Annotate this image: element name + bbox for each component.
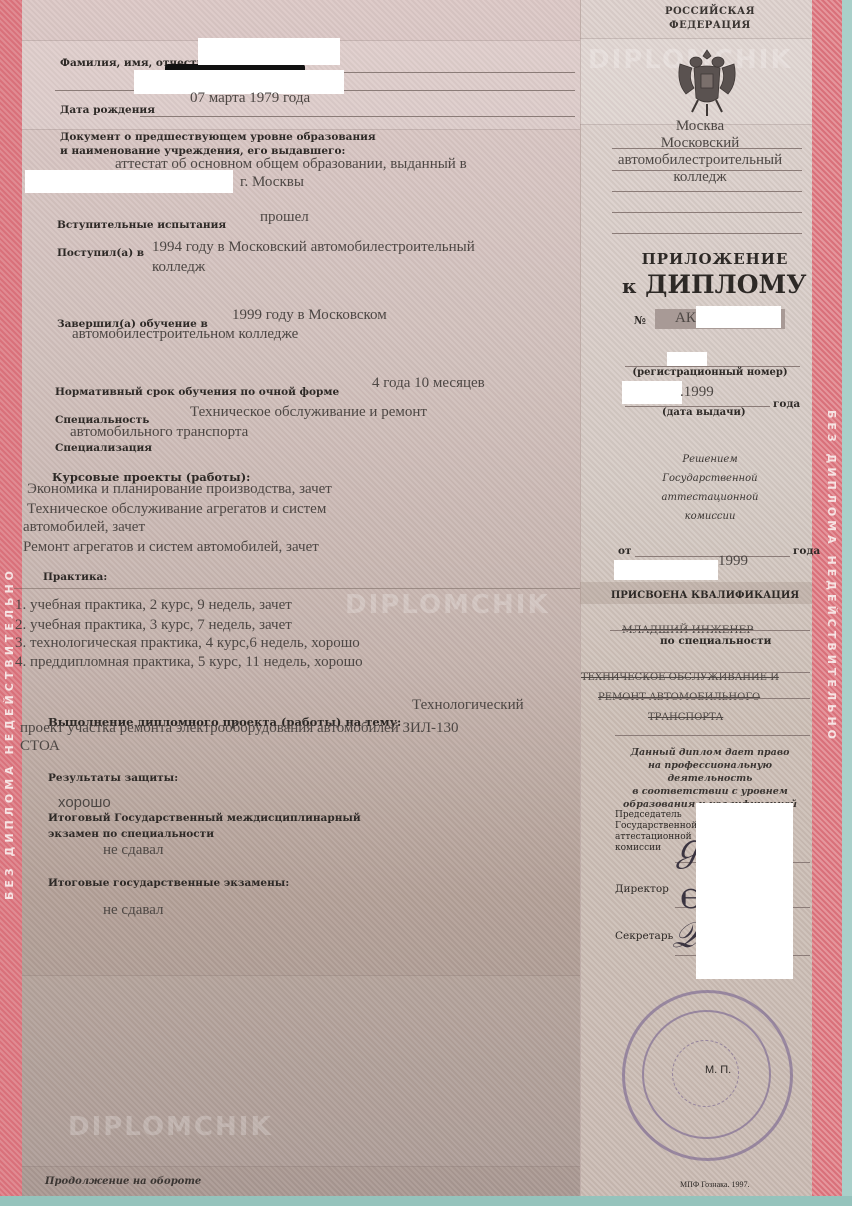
number-value: АК (675, 310, 696, 327)
country-name: РОССИЙСКАЯ ФЕДЕРАЦИЯ (660, 5, 760, 33)
footer-note: Продолжение на обороте (45, 1174, 201, 1190)
practice-item: 4. преддипломная практика, 5 курс, 11 не… (15, 654, 363, 671)
decision-date-suffix: года (793, 545, 820, 557)
background-edge (842, 0, 852, 1206)
right-stripe-text: БЕЗ ДИПЛОМА НЕДЕЙСТВИТЕЛЬНО (825, 410, 838, 743)
enrolled-value-2: колледж (152, 259, 205, 276)
study-term-label: Нормативный срок обучения по очной форме (55, 386, 339, 398)
redacted-block (198, 38, 340, 65)
redacted-block (667, 352, 707, 366)
secretary-signature: 𝒬 (672, 915, 698, 957)
entrance-exams-value: прошел (260, 209, 309, 226)
redacted-block (696, 306, 781, 328)
finished-value-2: автомобилестроительном колледже (72, 326, 298, 343)
watermark: DIPLOMCHIK (68, 1112, 273, 1142)
coat-of-arms-icon (672, 42, 742, 118)
director-label: Директор (615, 883, 669, 895)
redacted-signatures (696, 803, 793, 979)
birth-date-value: 07 марта 1979 года (190, 90, 310, 107)
number-label: № (634, 314, 646, 327)
defense-results-label: Результаты защиты: (48, 772, 178, 784)
diploma-project-value: Технологический (412, 697, 524, 714)
specialty-value: Техническое обслуживание и ремонт (190, 404, 427, 421)
issue-date-caption: (дата выдачи) (662, 407, 746, 418)
interdisciplinary-exam-label-2: экзамен по специальности (48, 828, 214, 840)
decision-date-value: 1999 (718, 553, 748, 570)
diploma-supplement: БЕЗ ДИПЛОМА НЕДЕЙСТВИТЕЛЬНО БЕЗ ДИПЛОМА … (0, 0, 852, 1196)
prev-doc-label: Документ о предшествующем уровне образов… (60, 131, 376, 143)
specialty-value-2: автомобильного транспорта (70, 424, 248, 441)
entrance-exams-label: Вступительные испытания (57, 219, 226, 231)
diploma-project-value-3: СТОА (20, 738, 60, 755)
watermark: DIPLOMCHIK (345, 590, 550, 620)
printer-note: МПФ Гознака. 1997. (680, 1180, 749, 1189)
practice-label: Практика: (43, 571, 107, 583)
final-exams-label: Итоговые государственные экзамены: (48, 877, 289, 889)
defense-results-value: хорошо (58, 794, 111, 811)
seal-label: М. П. (705, 1064, 731, 1076)
rights-text: Данный диплом дает право на профессионал… (605, 746, 815, 811)
practice-item: 2. учебная практика, 3 курс, 7 недель, з… (15, 617, 292, 634)
course-project-item: автомобилей, зачет (23, 519, 145, 536)
practice-item: 1. учебная практика, 2 курс, 9 недель, з… (15, 597, 292, 614)
by-specialty-label: по специальности (660, 635, 771, 647)
final-exams-value: не сдавал (103, 902, 164, 919)
secretary-label: Секретарь (615, 930, 673, 942)
title-line2: к ДИПЛОМУ (622, 270, 806, 299)
birth-date-label: Дата рождения (60, 104, 155, 116)
course-project-item: Экономика и планирование производства, з… (27, 481, 332, 498)
decision-from-label: от (618, 545, 632, 557)
qualification-label: ПРИСВОЕНА КВАЛИФИКАЦИЯ (600, 590, 810, 601)
specialty-line: ТРАНСПОРТА (648, 712, 723, 723)
specialization-label: Специализация (55, 442, 152, 454)
specialty-line: ТЕХНИЧЕСКОЕ ОБСЛУЖИВАНИЕ И (581, 672, 779, 683)
enrolled-value: 1994 году в Московский автомобилестроите… (152, 239, 475, 256)
finished-value: 1999 году в Московском (232, 307, 387, 324)
commission-decision: Решением Государственной аттестационной … (625, 450, 795, 526)
diploma-project-value-2: проект участка ремонта электрооборудован… (20, 720, 459, 737)
issue-date-value: .1999 (680, 384, 714, 401)
course-project-item: Техническое обслуживание агрегатов и сис… (27, 501, 326, 518)
study-term-value: 4 года 10 месяцев (372, 375, 485, 392)
issue-date-suffix: года (773, 398, 800, 410)
prev-doc-value-2: г. Москвы (240, 174, 304, 191)
institution-name: Москва Московский автомобилестроительный… (600, 118, 800, 186)
title-line1: ПРИЛОЖЕНИЕ (620, 250, 810, 268)
background-edge (0, 1196, 852, 1206)
interdisciplinary-exam-label: Итоговый Государственный междисциплинарн… (48, 812, 361, 824)
redacted-block (614, 560, 718, 580)
practice-item: 3. технологическая практика, 4 курс,6 не… (15, 635, 360, 652)
redacted-block (25, 170, 233, 193)
reg-number-caption: (регистрационный номер) (620, 367, 800, 378)
course-project-item: Ремонт агрегатов и систем автомобилей, з… (23, 539, 319, 556)
redacted-block (622, 381, 682, 404)
interdisciplinary-exam-value: не сдавал (103, 842, 164, 859)
enrolled-label: Поступил(а) в (57, 247, 144, 259)
